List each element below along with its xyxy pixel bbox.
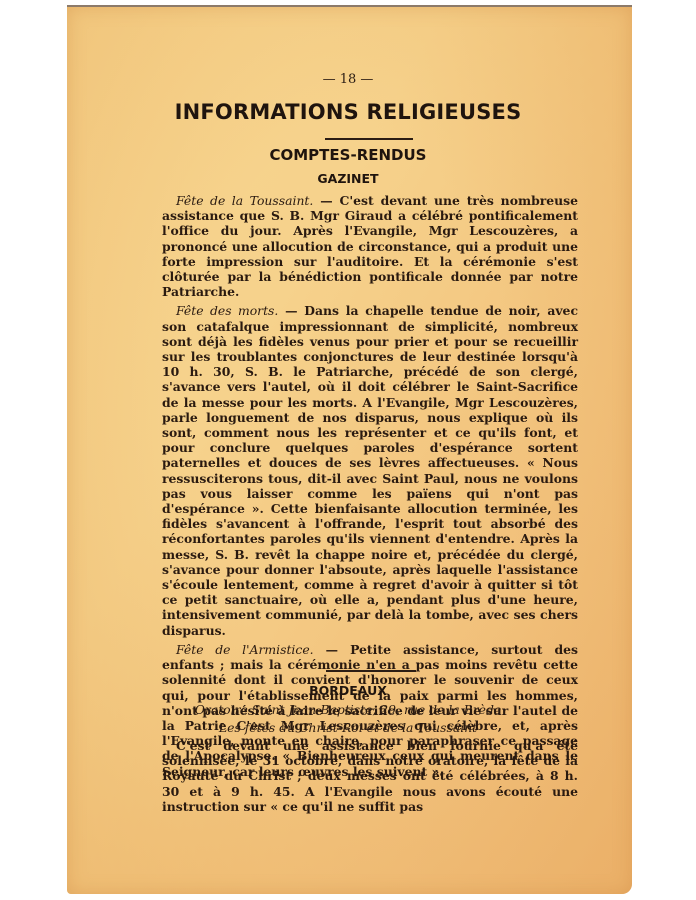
section-heading-gazinet: GAZINET	[0, 171, 696, 186]
paragraph-lead: Fête des morts.	[176, 303, 278, 318]
section-subheading-oratoire: Oratoire Saint Jean-Baptiste, 29, rue de…	[0, 702, 696, 717]
page-number: — 18 —	[0, 72, 696, 87]
page-subtitle: COMPTES-RENDUS	[0, 146, 696, 164]
paragraph-text: — C'est devant une très nombreuse assist…	[162, 193, 578, 299]
paragraph-text: C'est devant une assistance bien fournie…	[162, 738, 578, 814]
paragraph-toussaint: Fête de la Toussaint. — C'est devant une…	[162, 193, 578, 299]
section-divider	[326, 670, 416, 672]
page-title: INFORMATIONS RELIGIEUSES	[0, 100, 696, 124]
paragraph-christ-roi: C'est devant une assistance bien fournie…	[162, 738, 578, 814]
paragraph-lead: Fête de l'Armistice.	[176, 642, 314, 657]
section-subheading-fetes: Les fêtes du Christ-Roi et de la Toussai…	[0, 720, 696, 735]
section-body-bordeaux: C'est devant une assistance bien fournie…	[162, 738, 578, 818]
paragraph-text: — Dans la chapelle tendue de noir, avec …	[162, 303, 578, 637]
title-divider	[325, 138, 413, 140]
paragraph-morts: Fête des morts. — Dans la chapelle tendu…	[162, 303, 578, 637]
section-heading-bordeaux: BORDEAUX	[0, 683, 696, 698]
paragraph-lead: Fête de la Toussaint.	[176, 193, 313, 208]
